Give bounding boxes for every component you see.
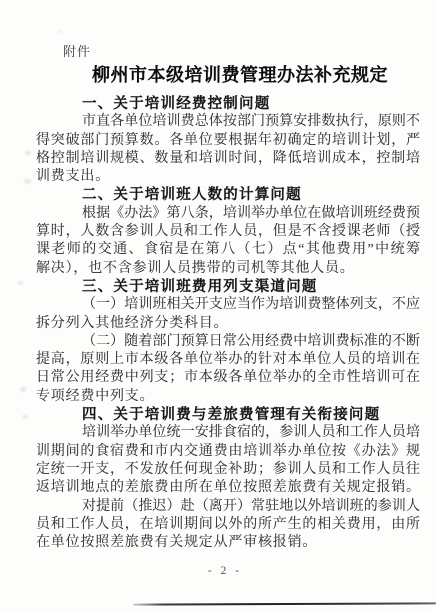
text-line: 返培训地点的差旅费由所在单位按照差旅费有关规定报销。 xyxy=(36,479,420,497)
section-heading-3: 三、关于培训班费用列支渠道问题 xyxy=(36,278,420,296)
scan-artifact xyxy=(20,387,26,392)
page-number: - 2 - xyxy=(7,565,436,577)
text-line: 日常公用经费中列支；市本级各单位举办的全市性培训可在 xyxy=(36,369,420,387)
scan-artifact xyxy=(58,30,63,33)
text-line: 得突破部门预算数。各单位要根据年初确定的培训计划，严 xyxy=(36,132,420,150)
text-line: 训期间的食宿费和市内交通费由培训举办单位按《办法》规 xyxy=(36,443,420,461)
text-line: 课老师的交通、食宿是在第八（七）点“其他费用”中统筹 xyxy=(36,241,420,259)
text-line: 对提前（推迟）赴（离开）常驻地以外培训班的参训人 xyxy=(36,498,420,516)
document-title: 柳州市本级培训费管理办法补充规定 xyxy=(48,63,432,87)
scan-artifact xyxy=(24,179,31,184)
text-line: 算时，人数含参训人员和工作人员，但是不含授课老师（授 xyxy=(36,223,420,241)
scanned-document-page: 附件 柳州市本级培训费管理办法补充规定 一、关于培训经费控制问题 市直各单位培训… xyxy=(0,0,436,611)
scan-artifact xyxy=(18,281,23,285)
document-content: 附件 柳州市本级培训费管理办法补充规定 一、关于培训经费控制问题 市直各单位培训… xyxy=(36,44,420,552)
text-line: 提高，原则上市本级各单位举办的针对本单位人员的培训在 xyxy=(36,351,420,369)
text-line: 培训举办单位统一安排食宿的，参训人员和工作人员培 xyxy=(36,424,420,442)
text-line: 专项经费中列支。 xyxy=(36,388,420,406)
text-line: （二）随着部门预算日常公用经费中培训费标准的不断 xyxy=(36,333,420,351)
text-line: 格控制培训规模、数量和培训时间，降低培训成本，控制培 xyxy=(36,150,420,168)
text-line: 解决），也不含参训人员携带的司机等其他人员。 xyxy=(36,260,420,278)
text-line: 训费支出。 xyxy=(36,168,420,186)
text-line: 定统一开支，不发放任何现金补助；参训人员和工作人员往 xyxy=(36,461,420,479)
section-heading-2: 二、关于培训班人数的计算问题 xyxy=(36,186,420,204)
text-line: （一）培训班相关开支应当作为培训费整体列支，不应 xyxy=(36,296,420,314)
scan-artifact xyxy=(22,415,28,419)
text-line: 根据《办法》第八条，培训举办单位在做培训班经费预 xyxy=(36,205,420,223)
scan-edge-shadow xyxy=(133,602,436,605)
text-line: 员和工作人员，在培训期间以外的所产生的相关费用，由所 xyxy=(36,516,420,534)
scan-artifact xyxy=(25,151,31,155)
attachment-label: 附件 xyxy=(63,44,420,59)
section-heading-1: 一、关于培训经费控制问题 xyxy=(36,95,420,113)
section-heading-4: 四、关于培训费与差旅费管理有关衔接问题 xyxy=(36,406,420,424)
text-line: 拆分列入其他经济分类科目。 xyxy=(36,315,420,333)
text-line: 在单位按照差旅费有关规定从严审核报销。 xyxy=(36,534,420,552)
text-line: 市直各单位培训费总体按部门预算安排数执行，原则不 xyxy=(36,113,420,131)
